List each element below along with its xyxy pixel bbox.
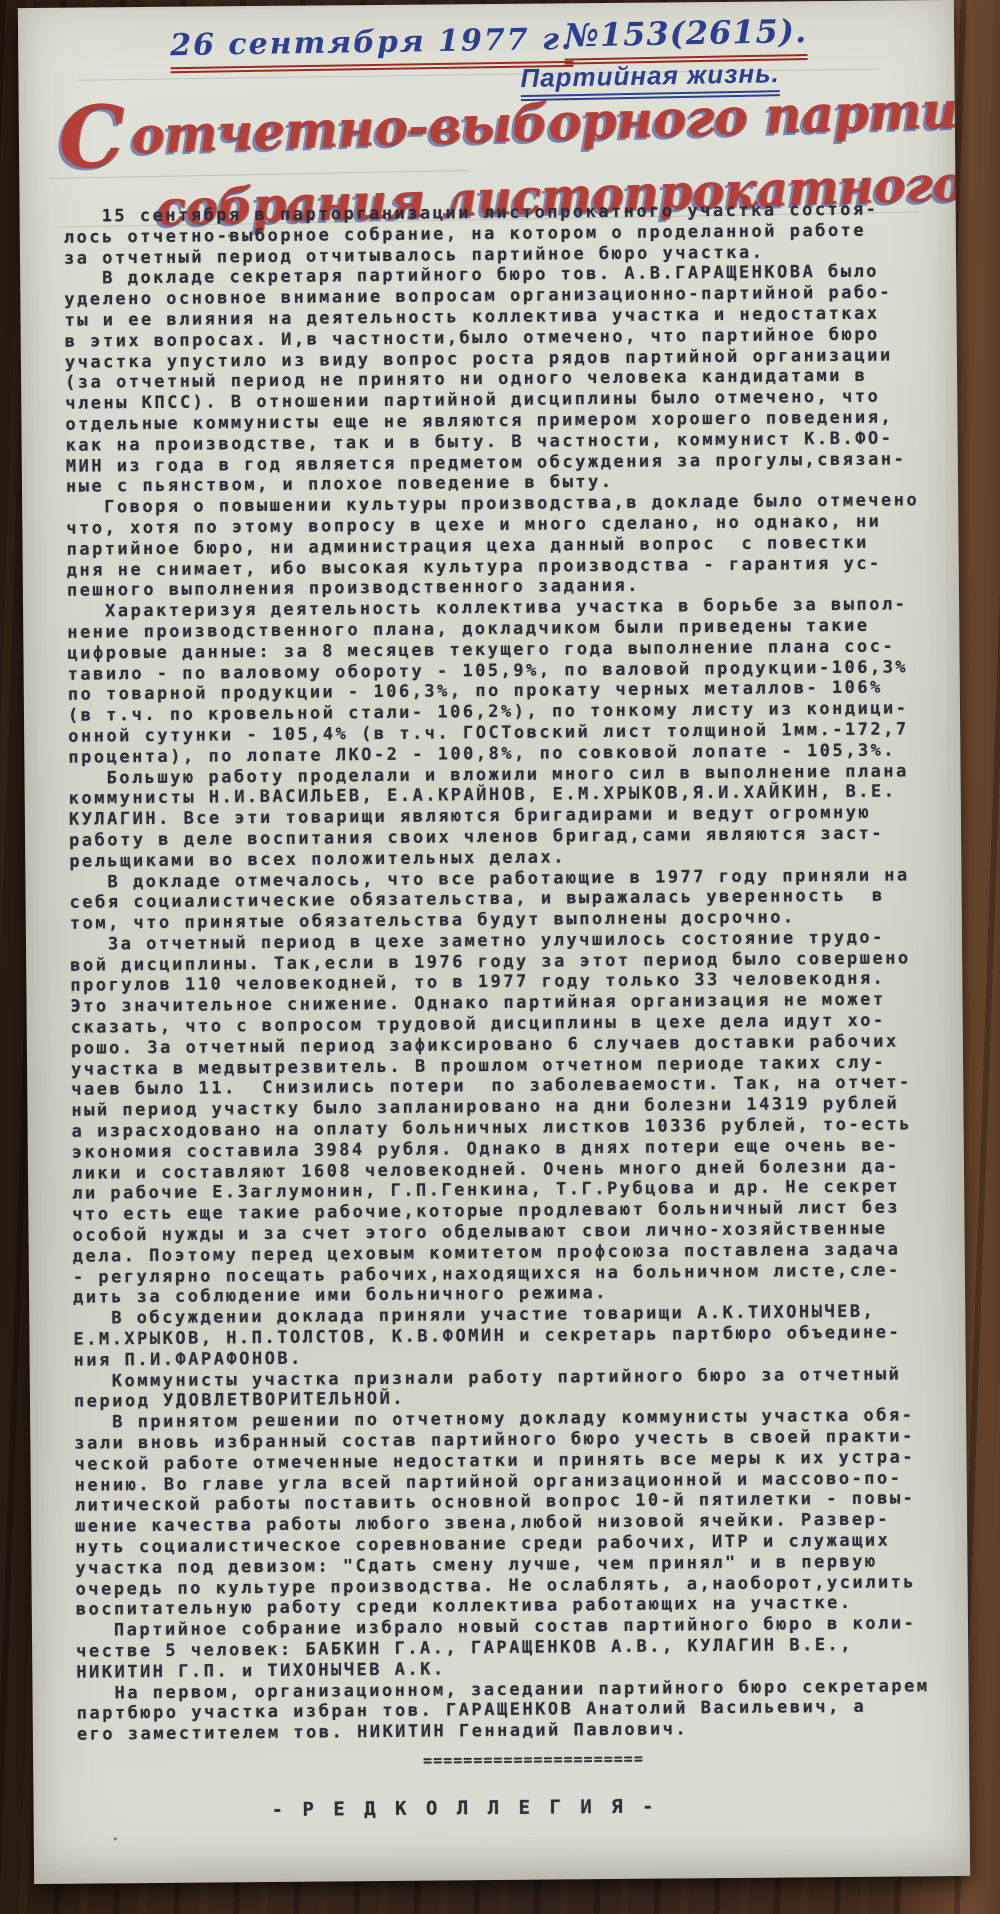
rubric-party-life: Партийная жизнь. — [520, 58, 780, 94]
pencil-guide-line — [49, 170, 469, 179]
photo-background: { "header": { "date": "26 сентября 1977 … — [0, 0, 1000, 1914]
paragraph: На первом, организационном, заседании па… — [76, 1676, 963, 1746]
paragraph: 15 сентября в парторганизации листопрока… — [64, 199, 951, 269]
issue-number-text: №153(2615). — [564, 12, 808, 65]
header-date: 26 сентября 1977 г. — [170, 22, 574, 63]
headline-line1: Сотчетно-выборного партийного — [57, 68, 959, 180]
paragraph: Партийное собрание избрало новый состав … — [76, 1613, 963, 1683]
paragraph: В докладе секретаря партийного бюро тов.… — [64, 261, 952, 497]
typed-separator: ====================== — [423, 1750, 644, 1770]
paper-speck — [114, 1837, 117, 1840]
paragraph: Характеризуя деятельность коллектива уча… — [67, 594, 954, 768]
paper-sheet: 26 сентября 1977 г. №153(2615). Партийна… — [18, 0, 970, 1884]
body-text: 15 сентября в парторганизации листопрока… — [64, 199, 963, 1746]
paragraph: В докладе отмечалось, что все работающие… — [69, 864, 956, 934]
paragraph: В принятом решении по отчетному докладу … — [74, 1405, 962, 1621]
paragraph: Говоря о повышении культуры производства… — [66, 490, 953, 602]
paragraph: Большую работу проделали и вложили много… — [68, 760, 955, 872]
issue-number: №153(2615). — [564, 12, 808, 55]
header-date-text: 26 сентября 1977 г. — [170, 22, 574, 73]
paragraph: За отчетный период в цехе заметно улучши… — [70, 927, 959, 1309]
headline-initial-letter: С — [57, 86, 127, 187]
editorial-signature: - Р Е Д К О Л Л Е Г И Я - — [271, 1796, 657, 1821]
rubric-text: Партийная жизнь. — [520, 58, 780, 101]
paragraph: В обсуждении доклада приняли участие тов… — [73, 1301, 960, 1371]
